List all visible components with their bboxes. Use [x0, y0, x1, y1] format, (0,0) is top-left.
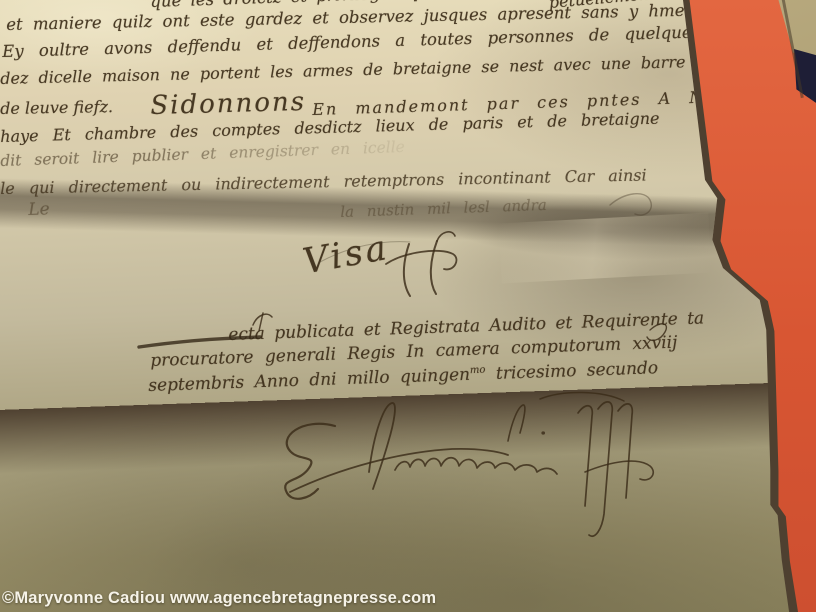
latin-date-part: tricesimo secundo	[496, 358, 659, 384]
manuscript-line: de leuve fiefz.	[0, 97, 113, 118]
photo-credit-watermark: ©Maryvonne Cadiou www.agencebretagnepres…	[2, 589, 436, 608]
manuscript-fragment: Le	[28, 199, 50, 220]
fold-highlight	[499, 213, 712, 284]
manuscript-word-sidonnons: Sidonnons	[150, 87, 306, 121]
latin-date-part: septembris Anno dni millo quingen	[148, 365, 470, 396]
photo-of-manuscript: que les droictz et privileges que petuel…	[0, 0, 816, 612]
latin-superscript-mo: mo	[470, 365, 486, 377]
parchment-document: que les droictz et privileges que petuel…	[0, 0, 816, 612]
